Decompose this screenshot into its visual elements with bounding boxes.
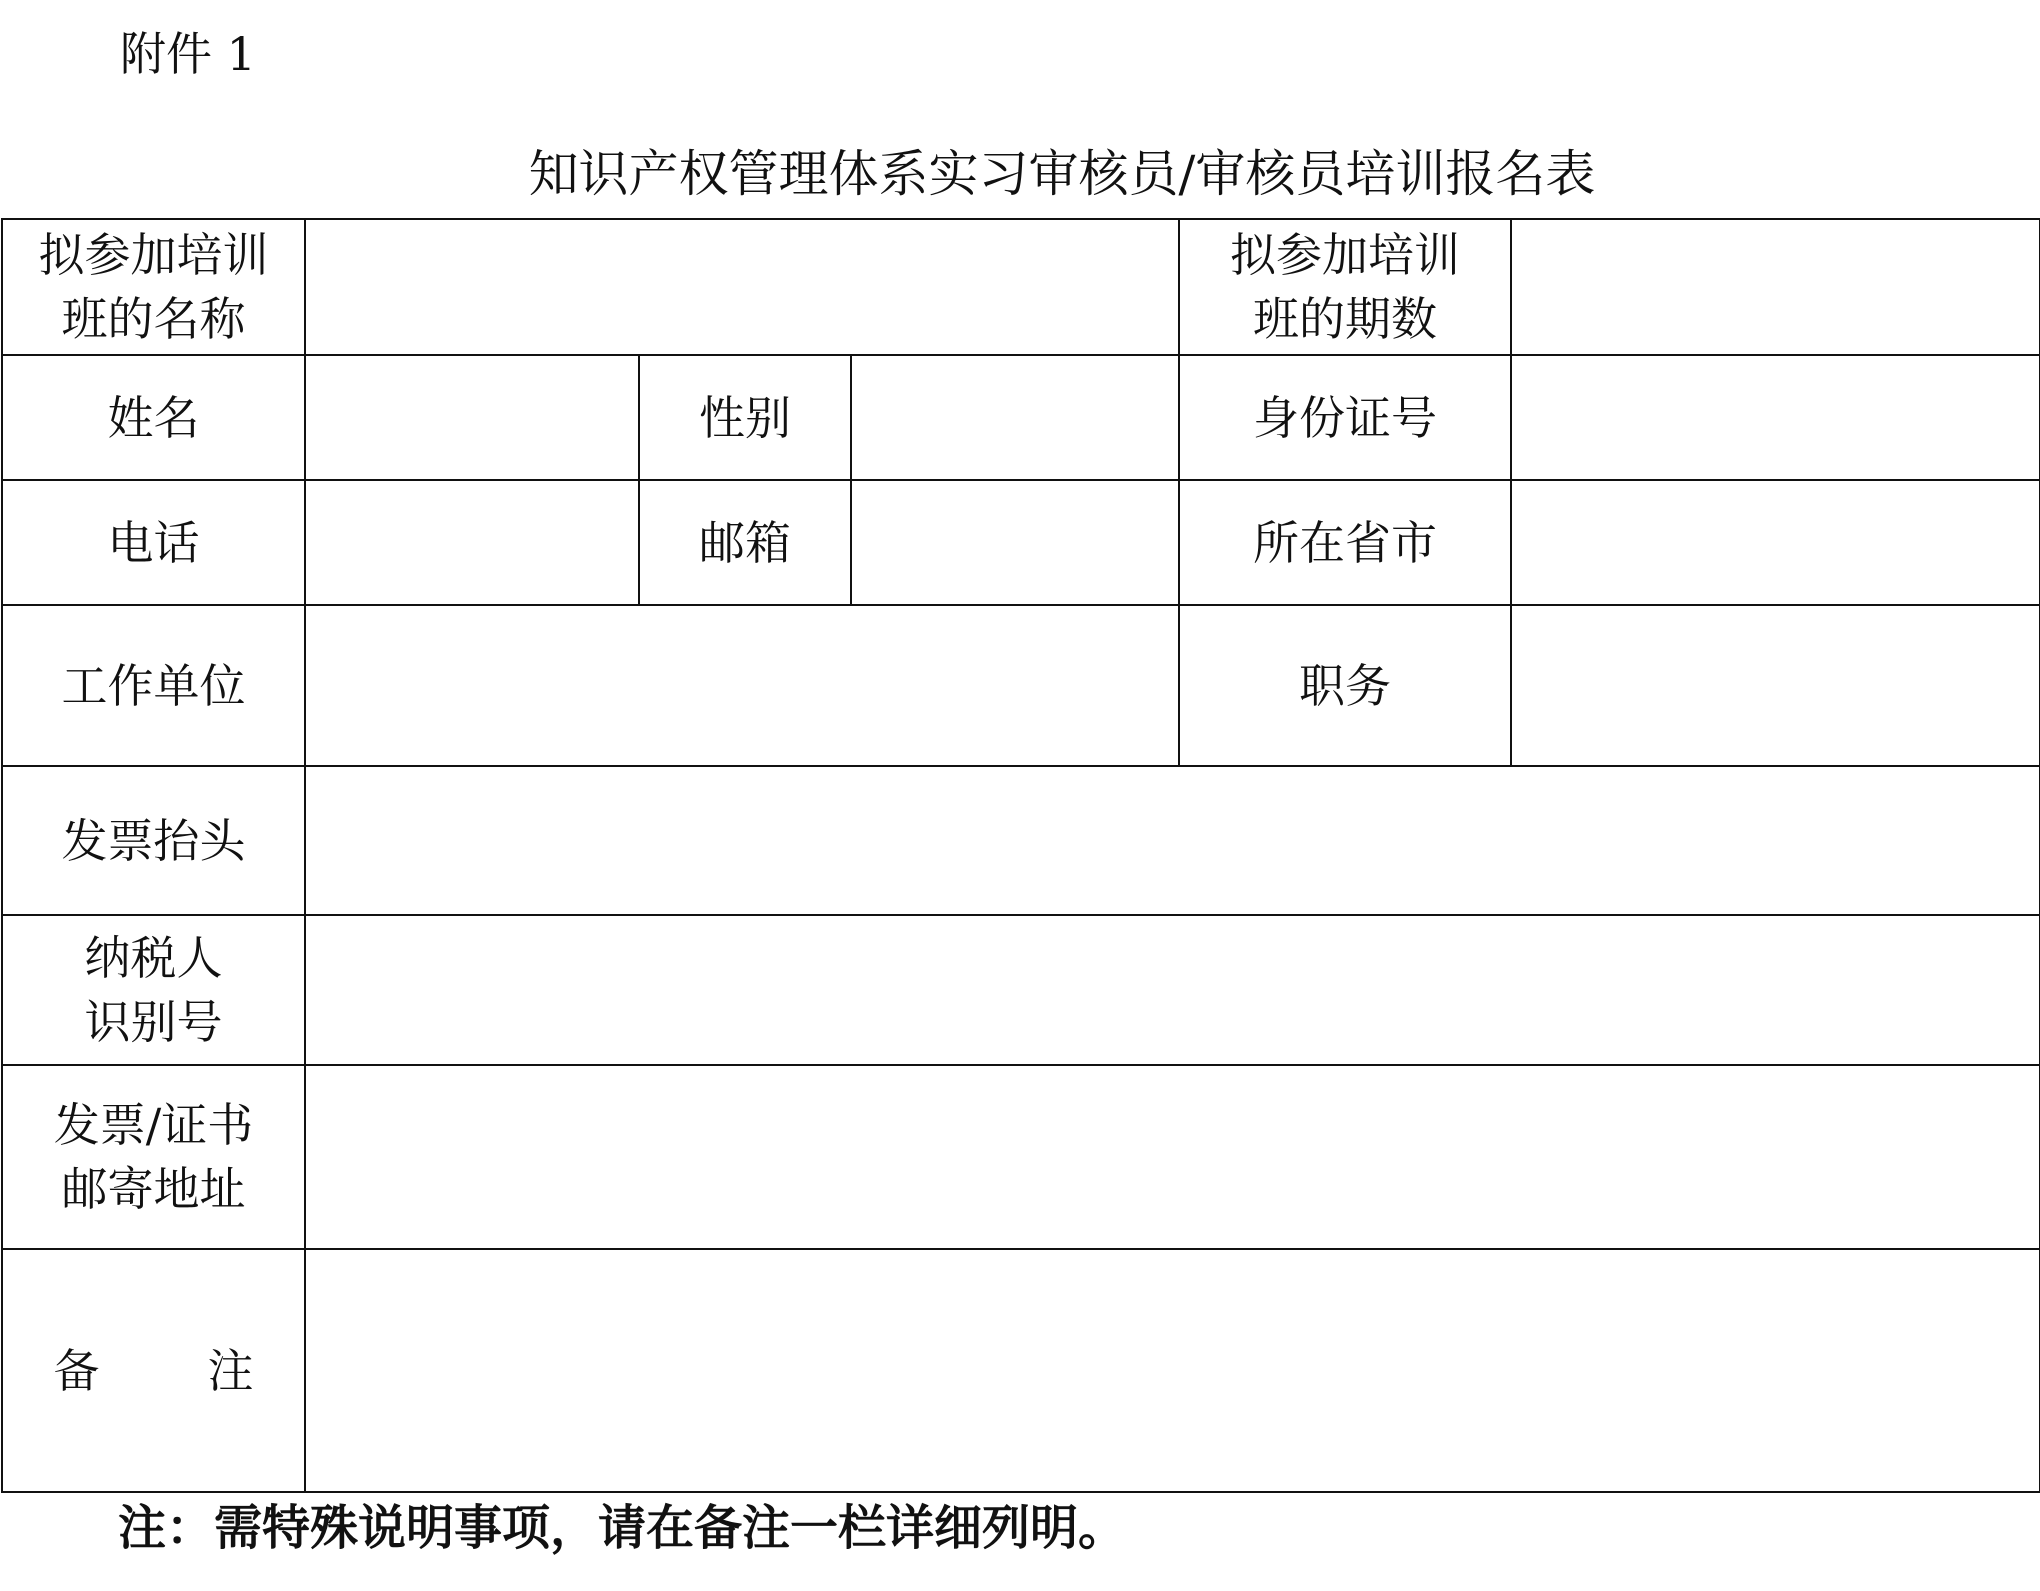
course-name-cell[interactable]	[305, 219, 1179, 355]
province-city-input[interactable]	[1512, 520, 2039, 566]
id-number-input[interactable]	[1512, 395, 2039, 441]
employer-input[interactable]	[306, 663, 1178, 709]
mailing-address-label-line1: 发票/证书	[54, 1098, 254, 1152]
remarks-label-char1: 备	[54, 1344, 147, 1398]
position-cell[interactable]	[1511, 605, 2040, 766]
row-employer: 工作单位 职务	[2, 605, 2040, 766]
course-session-label-cell: 拟参加培训 班的期数	[1179, 219, 1511, 355]
invoice-title-input[interactable]	[306, 818, 2039, 864]
row-contact: 电话 邮箱 所在省市	[2, 480, 2040, 605]
course-session-cell[interactable]	[1511, 219, 2040, 355]
remarks-label-cell: 备 注	[2, 1249, 305, 1492]
invoice-title-label: 发票抬头	[2, 766, 305, 915]
id-number-label: 身份证号	[1179, 355, 1511, 480]
phone-input[interactable]	[306, 520, 638, 566]
taxpayer-id-cell[interactable]	[305, 915, 2040, 1065]
email-label: 邮箱	[639, 480, 851, 605]
phone-label: 电话	[2, 480, 305, 605]
row-name: 姓名 性别 身份证号	[2, 355, 2040, 480]
gender-cell[interactable]	[851, 355, 1179, 480]
province-city-label: 所在省市	[1179, 480, 1511, 605]
remarks-cell[interactable]	[305, 1249, 2040, 1492]
mailing-address-cell[interactable]	[305, 1065, 2040, 1249]
taxpayer-id-label-line2: 识别号	[85, 995, 223, 1049]
gender-label: 性别	[639, 355, 851, 480]
position-label: 职务	[1179, 605, 1511, 766]
province-city-cell[interactable]	[1511, 480, 2040, 605]
row-course: 拟参加培训 班的名称 拟参加培训 班的期数	[2, 219, 2040, 355]
mailing-address-input[interactable]	[306, 1134, 2039, 1180]
row-taxpayer-id: 纳税人 识别号	[2, 915, 2040, 1065]
email-input[interactable]	[852, 520, 1178, 566]
phone-cell[interactable]	[305, 480, 639, 605]
row-invoice-title: 发票抬头	[2, 766, 2040, 915]
gender-input[interactable]	[852, 395, 1178, 441]
employer-cell[interactable]	[305, 605, 1179, 766]
mailing-address-label-cell: 发票/证书 邮寄地址	[2, 1065, 305, 1249]
name-cell[interactable]	[305, 355, 639, 480]
course-name-label-cell: 拟参加培训 班的名称	[2, 219, 305, 355]
remarks-label-char2: 注	[208, 1344, 254, 1398]
course-name-input[interactable]	[306, 264, 1178, 310]
remarks-textarea[interactable]	[306, 1317, 2039, 1425]
mailing-address-label-line2: 邮寄地址	[62, 1162, 246, 1216]
course-session-label-line1: 拟参加培训	[1230, 228, 1460, 282]
row-mailing-address: 发票/证书 邮寄地址	[2, 1065, 2040, 1249]
taxpayer-id-input[interactable]	[306, 967, 2039, 1013]
row-remarks: 备 注	[2, 1249, 2040, 1492]
registration-form-table: 拟参加培训 班的名称 拟参加培训 班的期数 姓名 性别 身份证号	[1, 218, 2040, 1493]
attachment-label: 附件 1	[120, 26, 256, 82]
form-title: 知识产权管理体系实习审核员/审核员培训报名表	[0, 144, 2040, 204]
email-cell[interactable]	[851, 480, 1179, 605]
employer-label: 工作单位	[2, 605, 305, 766]
taxpayer-id-label-line1: 纳税人	[85, 931, 223, 985]
course-name-label-line2: 班的名称	[62, 292, 246, 346]
course-session-label-line2: 班的期数	[1253, 292, 1437, 346]
course-session-input[interactable]	[1512, 264, 2039, 310]
footnote: 注：需特殊说明事项，请在备注一栏详细列明。	[118, 1498, 1126, 1558]
name-label: 姓名	[2, 355, 305, 480]
invoice-title-cell[interactable]	[305, 766, 2040, 915]
name-input[interactable]	[306, 395, 638, 441]
taxpayer-id-label-cell: 纳税人 识别号	[2, 915, 305, 1065]
position-input[interactable]	[1512, 663, 2039, 709]
course-name-label-line1: 拟参加培训	[39, 228, 269, 282]
id-number-cell[interactable]	[1511, 355, 2040, 480]
